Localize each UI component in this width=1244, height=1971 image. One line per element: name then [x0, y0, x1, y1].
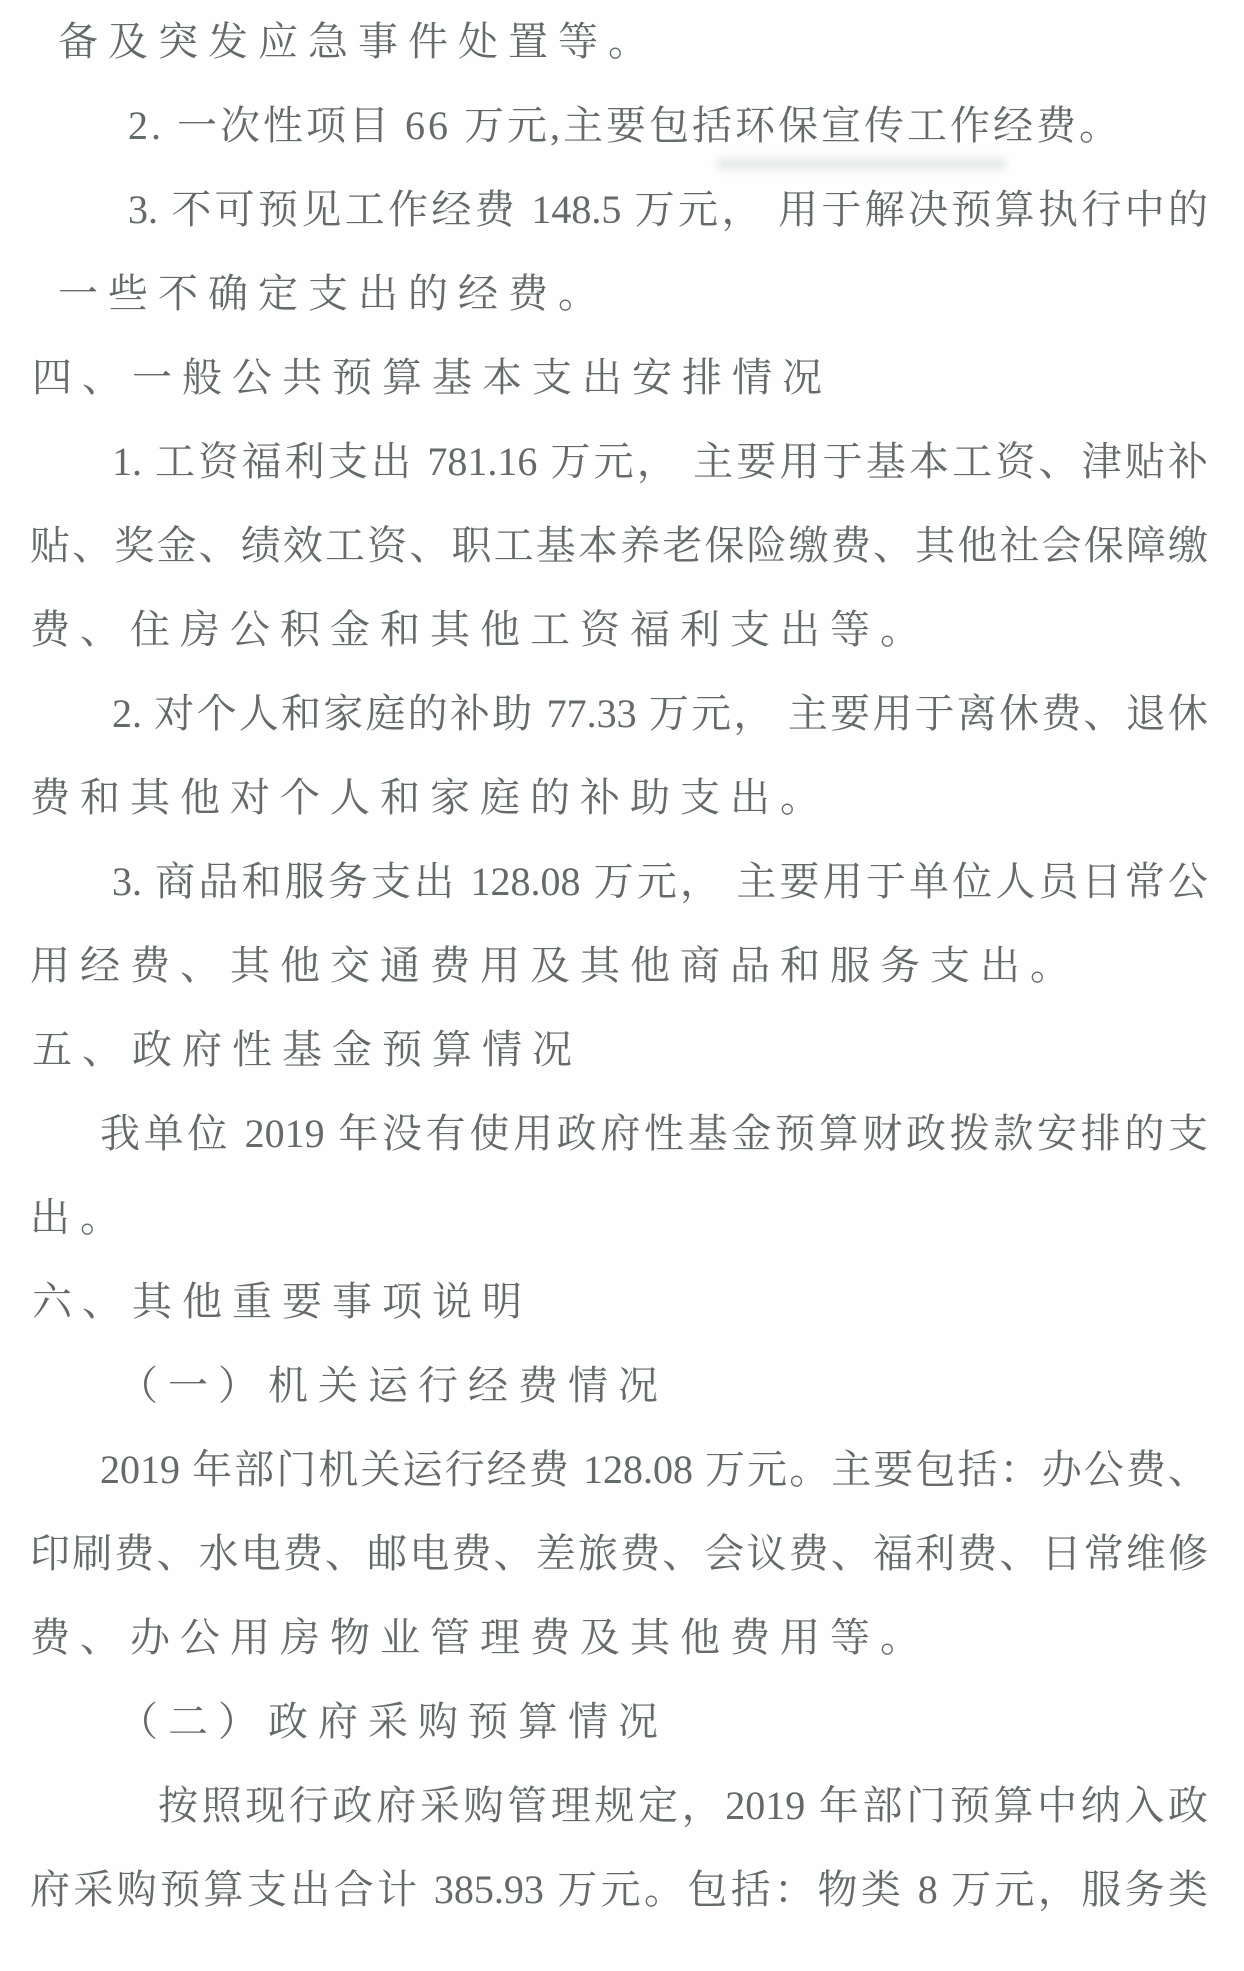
document-line: 费和其他对个人和家庭的补助支出。 [0, 756, 1244, 840]
document-line: 一些不确定支出的经费。 [0, 252, 1244, 336]
document-line: 费、办公用房物业管理费及其他费用等。 [0, 1596, 1244, 1680]
document-line: （二）政府采购预算情况 [0, 1680, 1244, 1764]
document-line: （一）机关运行经费情况 [0, 1344, 1244, 1428]
document-line: 3. 商品和服务支出 128.08 万元， 主要用于单位人员日常公 [0, 840, 1244, 924]
document-line: 贴、奖金、绩效工资、职工基本养老保险缴费、其他社会保障缴 [0, 504, 1244, 588]
document-body: 备及突发应急事件处置等。2. 一次性项目 66 万元,主要包括环保宣传工作经费。… [0, 0, 1244, 1932]
document-line: 用经费、其他交通费用及其他商品和服务支出。 [0, 924, 1244, 1008]
document-line: 五、政府性基金预算情况 [0, 1008, 1244, 1092]
document-line: 备及突发应急事件处置等。 [0, 0, 1244, 84]
document-line: 2. 对个人和家庭的补助 77.33 万元， 主要用于离休费、退休 [0, 672, 1244, 756]
document-line: 六、其他重要事项说明 [0, 1260, 1244, 1344]
document-line: 2. 一次性项目 66 万元,主要包括环保宣传工作经费。 [0, 84, 1244, 168]
document-line: 费、住房公积金和其他工资福利支出等。 [0, 588, 1244, 672]
document-line: 3. 不可预见工作经费 148.5 万元， 用于解决预算执行中的 [0, 168, 1244, 252]
document-line: 印刷费、水电费、邮电费、差旅费、会议费、福利费、日常维修 [0, 1512, 1244, 1596]
document-line: 出。 [0, 1176, 1244, 1260]
scanned-budget-document-page: 备及突发应急事件处置等。2. 一次性项目 66 万元,主要包括环保宣传工作经费。… [0, 0, 1244, 1971]
document-line: 2019 年部门机关运行经费 128.08 万元。主要包括：办公费、 [0, 1428, 1244, 1512]
document-line: 四、一般公共预算基本支出安排情况 [0, 336, 1244, 420]
document-line: 按照现行政府采购管理规定，2019 年部门预算中纳入政 [0, 1764, 1244, 1848]
document-line: 府采购预算支出合计 385.93 万元。包括：物类 8 万元，服务类 [0, 1848, 1244, 1932]
document-line: 1. 工资福利支出 781.16 万元， 主要用于基本工资、津贴补 [0, 420, 1244, 504]
document-line: 我单位 2019 年没有使用政府性基金预算财政拨款安排的支 [0, 1092, 1244, 1176]
